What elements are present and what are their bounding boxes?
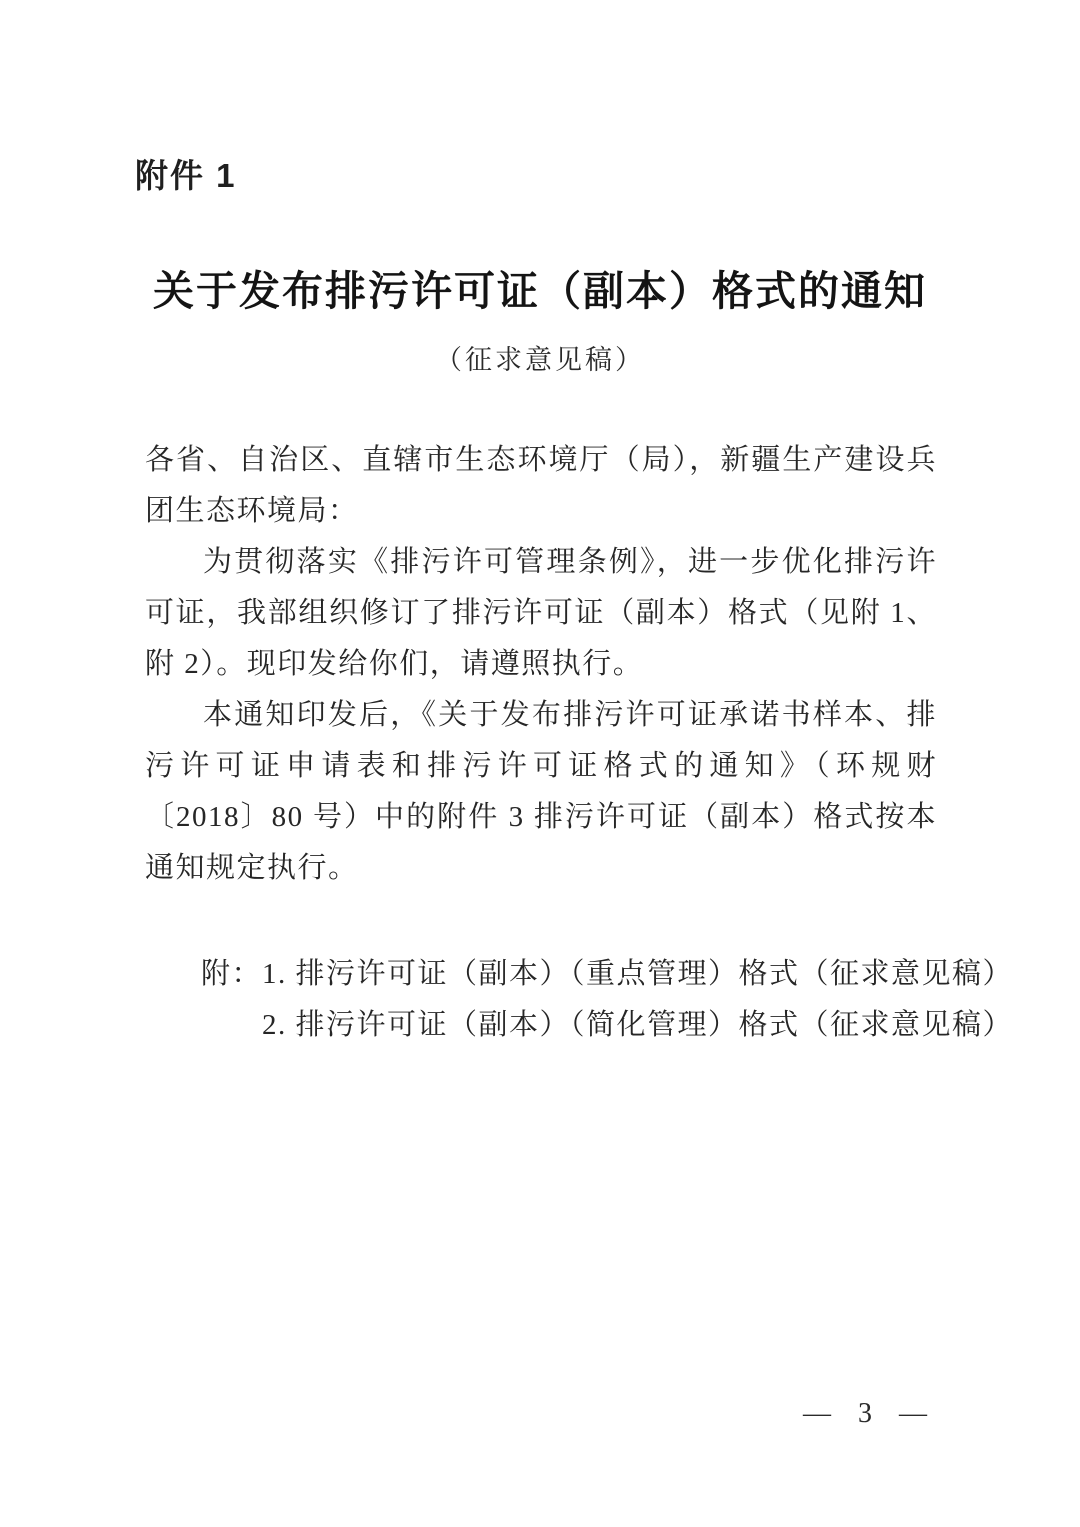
attachment-number-label: 附件 1 — [135, 150, 237, 197]
document-page: 附件 1 关于发布排污许可证（副本）格式的通知 （征求意见稿） 各省、自治区、直… — [0, 0, 1080, 1527]
page-number: — 3 — — [803, 1398, 937, 1430]
body-paragraph-1: 为贯彻落实《排污许可管理条例》，进一步优化排污许可证，我部组织修订了排污许可证（… — [145, 537, 937, 690]
attachment-items: 1. 排污许可证（副本）（重点管理）格式（征求意见稿） 2. 排污许可证（副本）… — [262, 949, 1013, 1051]
attachment-list-row: 附： 1. 排污许可证（副本）（重点管理）格式（征求意见稿） 2. 排污许可证（… — [201, 949, 937, 1051]
attachment-list: 附： 1. 排污许可证（副本）（重点管理）格式（征求意见稿） 2. 排污许可证（… — [145, 949, 937, 1051]
salutation-paragraph: 各省、自治区、直辖市生态环境厅（局），新疆生产建设兵团生态环境局： — [145, 435, 937, 537]
attachment-item-2: 2. 排污许可证（副本）（简化管理）格式（征求意见稿） — [262, 1000, 1013, 1051]
attachment-item-1: 1. 排污许可证（副本）（重点管理）格式（征求意见稿） — [262, 949, 1013, 1000]
document-subtitle: （征求意见稿） — [0, 338, 1080, 377]
document-title: 关于发布排污许可证（副本）格式的通知 — [0, 258, 1080, 317]
body-paragraph-2: 本通知印发后，《关于发布排污许可证承诺书样本、排污许可证申请表和排污许可证格式的… — [145, 690, 937, 894]
document-body: 各省、自治区、直辖市生态环境厅（局），新疆生产建设兵团生态环境局： 为贯彻落实《… — [145, 435, 937, 1051]
attachment-list-label: 附： — [201, 949, 262, 1051]
